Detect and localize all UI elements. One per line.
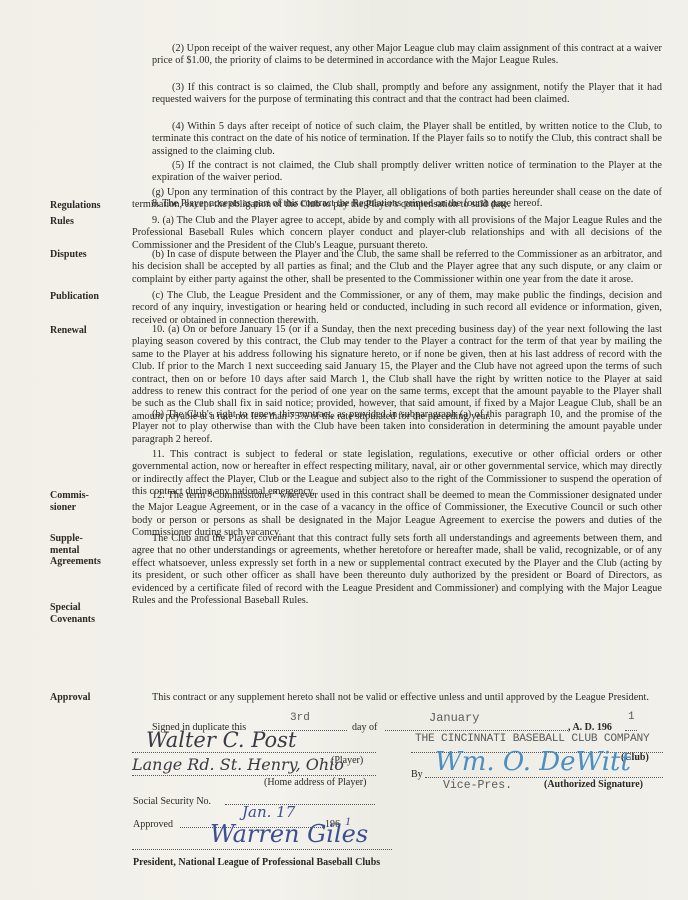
clause-9c: (c) The Club, the League President and t… <box>132 290 662 327</box>
address-label: (Home address of Player) <box>264 777 366 788</box>
day-of-label: day of <box>352 722 377 733</box>
clause-supplemental: The Club and the Player covenant that th… <box>132 533 662 607</box>
clause-9b: (b) In case of dispute between the Playe… <box>132 249 662 286</box>
clause-9a: 9. (a) The Club and the Player agree to … <box>132 215 662 252</box>
ad-label: , A. D. 196 <box>568 722 612 733</box>
month-field[interactable]: January <box>385 716 568 731</box>
year-digit: 1 <box>628 711 635 723</box>
clause-2: (2) Upon receipt of the waiver request, … <box>152 43 662 68</box>
clause-8: 8. The Player accepts as part of this co… <box>132 198 662 210</box>
label-regulations: Regulations <box>50 200 120 212</box>
president-signature-field[interactable]: Warren Giles <box>132 835 392 850</box>
label-special-covenants: Special Covenants <box>50 602 120 625</box>
label-approval: Approval <box>50 692 120 704</box>
clause-approval: This contract or any supplement hereto s… <box>132 692 662 704</box>
address-value: Lange Rd. St. Henry, Ohio <box>132 755 344 774</box>
ssn-label: Social Security No. <box>133 796 211 807</box>
president-label: President, National League of Profession… <box>133 857 380 868</box>
approved-date: Jan. 17 <box>242 803 295 821</box>
authorized-title: Vice-Pres. <box>443 779 512 792</box>
clause-4: (4) Within 5 days after receipt of notic… <box>152 121 662 158</box>
club-signature: Wm. O. DeWitt <box>435 747 631 777</box>
clause-5: (5) If the contract is not claimed, the … <box>152 160 662 185</box>
club-name: THE CINCINNATI BASEBALL CLUB COMPANY <box>415 733 650 745</box>
contract-page: (2) Upon receipt of the waiver request, … <box>0 0 688 900</box>
label-disputes: Disputes <box>50 249 120 261</box>
player-signature-field[interactable]: Walter C. Post <box>132 738 376 753</box>
month-value: January <box>429 711 479 725</box>
label-supplemental-agreements: Supple- mental Agreements <box>50 533 120 568</box>
address-field[interactable]: Lange Rd. St. Henry, Ohio <box>132 761 376 776</box>
clause-10b: (b) The Club's right to renew this contr… <box>132 409 662 446</box>
label-publication: Publication <box>50 291 120 303</box>
label-rules: Rules <box>50 216 120 228</box>
approved-label: Approved <box>133 819 173 830</box>
year-field[interactable]: 1 <box>625 716 637 731</box>
clause-3: (3) If this contract is so claimed, the … <box>152 82 662 107</box>
day-value: 3rd <box>290 712 310 724</box>
authorized-signature-label: (Authorized Signature) <box>544 779 643 790</box>
label-commissioner: Commis- sioner <box>50 490 120 513</box>
club-signature-field[interactable]: Wm. O. DeWitt <box>425 763 663 778</box>
player-signature: Walter C. Post <box>146 728 296 752</box>
by-label: By <box>411 769 423 780</box>
president-signature: Warren Giles <box>210 820 368 848</box>
label-renewal: Renewal <box>50 325 120 337</box>
